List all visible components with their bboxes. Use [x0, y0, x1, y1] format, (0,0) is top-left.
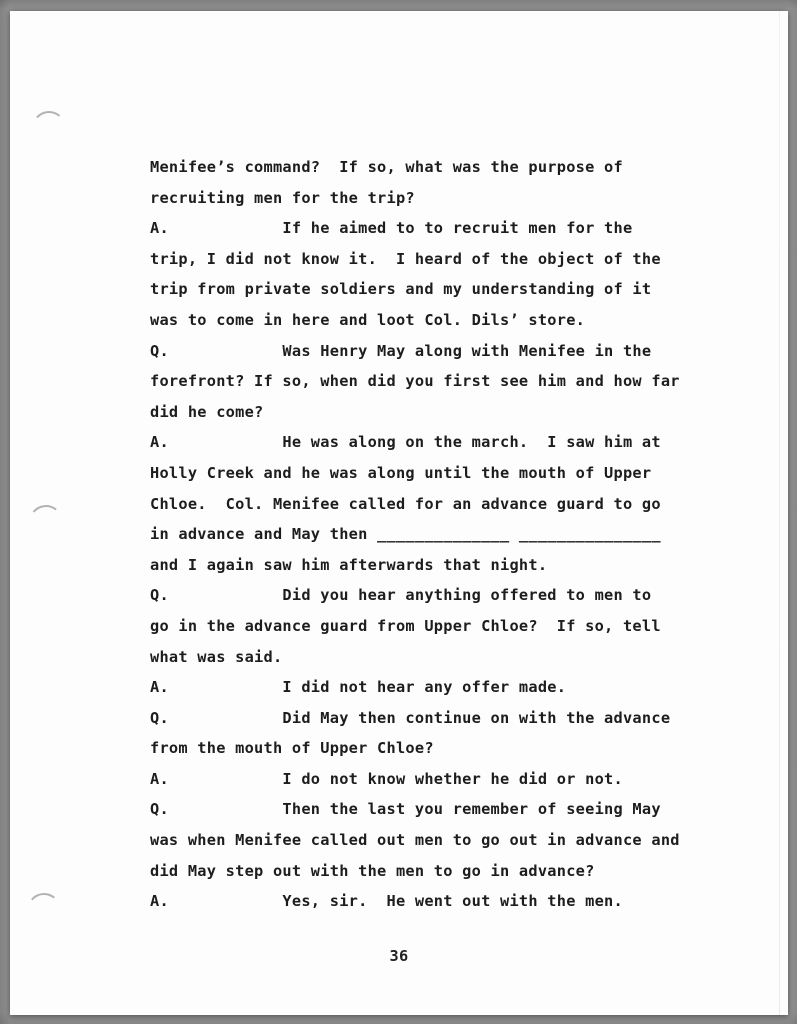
- document-page: Menifee’s command? If so, what was the p…: [10, 11, 788, 1015]
- transcript-text: Menifee’s command? If so, what was the p…: [150, 152, 680, 917]
- hole-punch-mark: [31, 110, 67, 146]
- page-number: 36: [10, 947, 788, 965]
- paper-edge-shading: [779, 11, 780, 1015]
- hole-punch-mark: [27, 503, 64, 540]
- scanner-background: { "colors": { "scan_background": "#94949…: [0, 0, 797, 1024]
- hole-punch-mark: [26, 892, 63, 929]
